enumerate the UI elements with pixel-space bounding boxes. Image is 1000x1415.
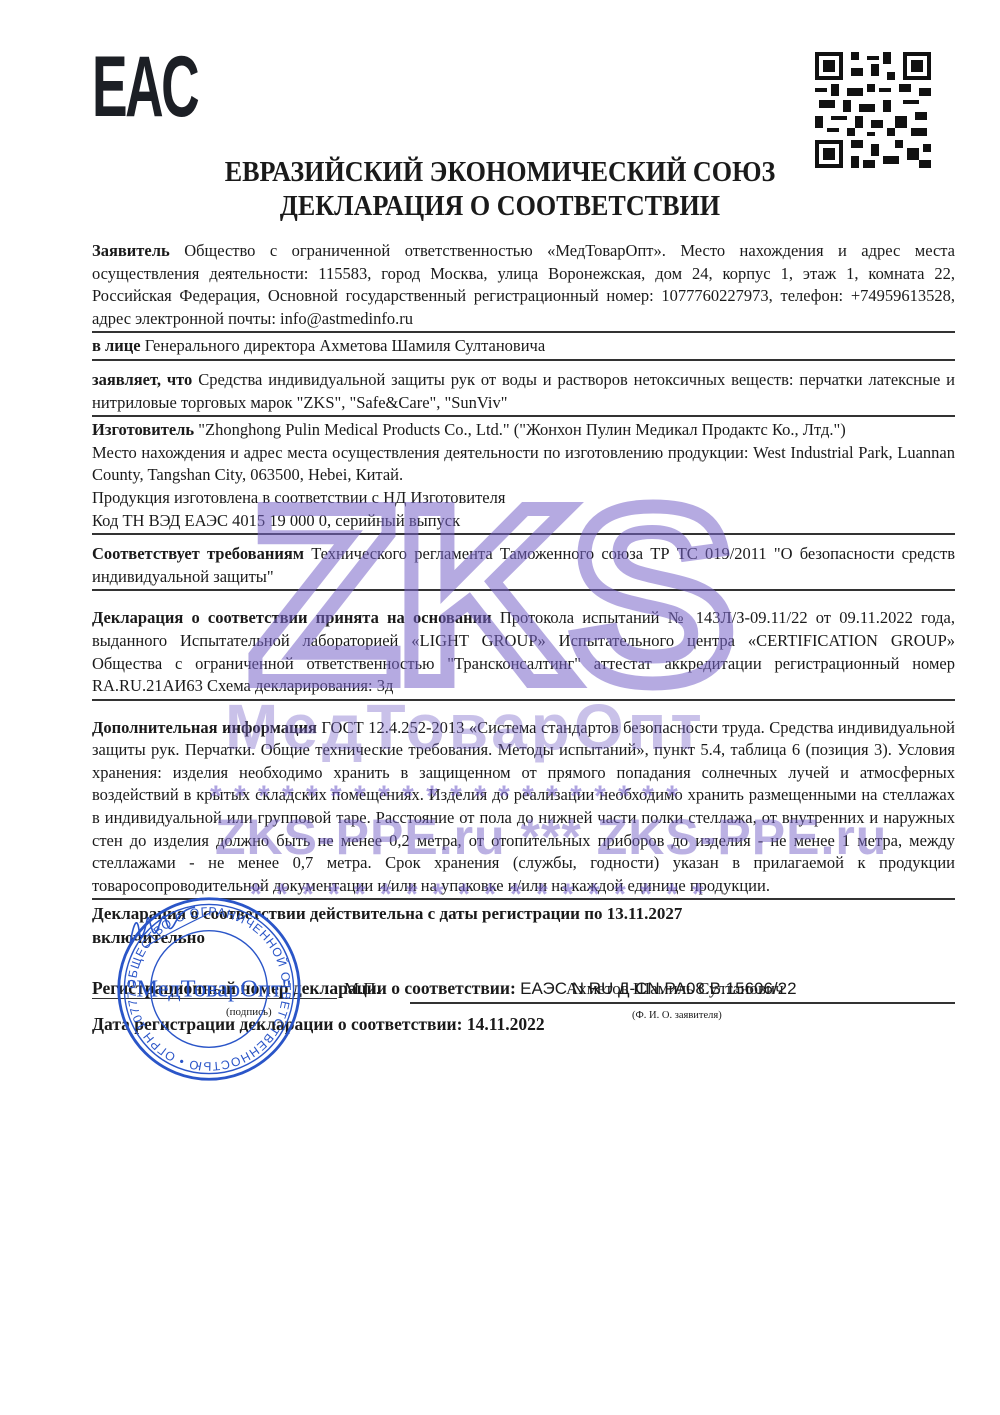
additional-info-label: Дополнительная информация bbox=[92, 718, 317, 737]
eac-logo: EAC bbox=[92, 44, 197, 130]
additional-info-section: Дополнительная информация ГОСТ 12.4.252-… bbox=[92, 715, 955, 901]
document-title: ЕВРАЗИЙСКИЙ ЭКОНОМИЧЕСКИЙ СОЮЗ ДЕКЛАРАЦИ… bbox=[50, 155, 950, 223]
declares-section: заявляет, что Средства индивидуальной за… bbox=[92, 367, 955, 417]
title-line-2: ДЕКЛАРАЦИЯ О СООТВЕТСТВИИ bbox=[50, 189, 950, 223]
tn-ved-code: Код ТН ВЭД ЕАЭС 4015 19 000 0, серийный … bbox=[92, 510, 955, 533]
basis-section: Декларация о соответствии принята на осн… bbox=[92, 605, 955, 700]
applicant-text: Общество с ограниченной ответственностью… bbox=[92, 241, 955, 328]
title-line-1: ЕВРАЗИЙСКИЙ ЭКОНОМИЧЕСКИЙ СОЮЗ bbox=[50, 155, 950, 189]
applicant-label: Заявитель bbox=[92, 241, 170, 260]
represented-by-label: в лице bbox=[92, 336, 141, 355]
declares-text: Средства индивидуальной защиты рук от во… bbox=[92, 370, 955, 412]
manufacturer-section: Изготовитель "Zhonghong Pulin Medical Pr… bbox=[92, 417, 955, 535]
basis-label: Декларация о соответствии принята на осн… bbox=[92, 608, 492, 627]
manufacturer-text: "Zhonghong Pulin Medical Products Co., L… bbox=[198, 420, 845, 439]
seal-center-text: "МедТоварОпт" bbox=[126, 976, 291, 1003]
produced-per: Продукция изготовлена в соответствии с Н… bbox=[92, 487, 955, 510]
signature-icon bbox=[125, 905, 215, 955]
represented-by-section: в лице Генерального директора Ахметова Ш… bbox=[92, 333, 955, 361]
applicant-section: Заявитель Общество с ограниченной ответс… bbox=[92, 238, 955, 333]
registration-number-value: ЕАЭС N RU Д-CN.РА08.В.15606/22 bbox=[520, 979, 796, 998]
additional-info-text: ГОСТ 12.4.252-2013 «Система стандартов б… bbox=[92, 718, 955, 895]
registration-date-value: 14.11.2022 bbox=[467, 1014, 545, 1034]
manufacturer-address: Место нахождения и адрес места осуществл… bbox=[92, 442, 955, 487]
complies-label: Соответствует требованиям bbox=[92, 544, 304, 563]
qr-code-icon bbox=[815, 52, 931, 168]
complies-section: Соответствует требованиям Технического р… bbox=[92, 541, 955, 591]
represented-by-text: Генерального директора Ахметова Шамиля С… bbox=[145, 336, 545, 355]
name-line bbox=[410, 1002, 955, 1004]
declares-label: заявляет, что bbox=[92, 370, 192, 389]
name-caption: (Ф. И. О. заявителя) bbox=[632, 1005, 722, 1028]
manufacturer-label: Изготовитель bbox=[92, 420, 194, 439]
